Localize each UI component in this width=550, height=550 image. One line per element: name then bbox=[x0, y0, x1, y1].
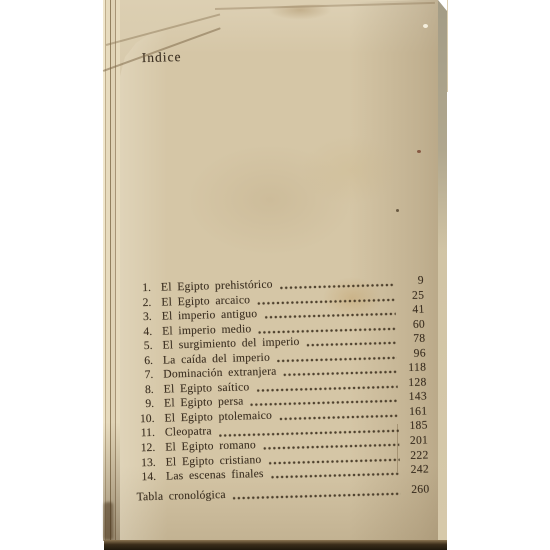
toc-item-number: 9. bbox=[139, 397, 154, 410]
toc-item-page: 222 bbox=[404, 448, 428, 462]
toc-item-number: 14. bbox=[141, 470, 156, 483]
toc-item-page: 96 bbox=[402, 346, 426, 360]
toc-item-page: 25 bbox=[400, 288, 424, 302]
toc-item-label: El imperio medio bbox=[162, 322, 252, 337]
printed-content: Indice 1.El Egipto prehistórico92.El Egi… bbox=[109, 0, 442, 542]
toc-item-label: El Egipto ptolemaico bbox=[164, 409, 272, 425]
toc-item-number: 7. bbox=[138, 368, 153, 381]
dotted-leader bbox=[307, 342, 397, 347]
toc-item-page: 143 bbox=[403, 390, 427, 404]
toc-item-page: 161 bbox=[403, 404, 427, 418]
toc-item-number: 8. bbox=[139, 383, 154, 396]
toc-item-number: 6. bbox=[138, 354, 153, 367]
toc-item-label: El Egipto prehistórico bbox=[161, 278, 273, 294]
toc-item-page: 242 bbox=[405, 463, 429, 477]
toc-item-number: 1. bbox=[136, 281, 151, 294]
page-title: Indice bbox=[142, 49, 182, 66]
toc-item-number: 13. bbox=[141, 455, 156, 468]
toc-item-number: 12. bbox=[140, 441, 155, 454]
toc-footer-page: 260 bbox=[405, 483, 429, 497]
toc-item-label: El Egipto arcaico bbox=[161, 293, 250, 308]
page-stack-left-edge bbox=[103, 0, 120, 541]
toc-item-number: 2. bbox=[136, 295, 151, 308]
toc-item-label: La caída del imperio bbox=[163, 350, 270, 366]
book-page: Indice 1.El Egipto prehistórico92.El Egi… bbox=[120, 0, 438, 541]
toc-item-number: 10. bbox=[139, 412, 154, 425]
book-bottom-edge bbox=[104, 540, 447, 550]
toc-item-number: 11. bbox=[140, 426, 155, 439]
toc-item-label: Cleopatra bbox=[165, 425, 212, 439]
toc-item-number: 3. bbox=[137, 310, 152, 323]
corner-notch bbox=[438, 0, 447, 11]
toc-item-label: El Egipto saítico bbox=[164, 380, 250, 395]
toc-item-page: 118 bbox=[402, 361, 426, 375]
toc-item-page: 185 bbox=[404, 419, 428, 433]
toc-footer-row: Tabla cronológica 260 bbox=[141, 483, 429, 505]
toc-item-label: El imperio antiguo bbox=[162, 307, 258, 323]
dotted-leader bbox=[271, 472, 400, 478]
toc-item-page: 9 bbox=[400, 274, 424, 288]
toc-item-label: El Egipto persa bbox=[164, 395, 244, 410]
toc-footer-label: Tabla cronológica bbox=[136, 488, 225, 503]
toc-item-page: 60 bbox=[401, 317, 425, 331]
toc-item-page: 201 bbox=[404, 434, 428, 448]
toc-list: 1.El Egipto prehistórico92.El Egipto arc… bbox=[136, 274, 430, 505]
scanned-book-photo: Indice 1.El Egipto prehistórico92.El Egi… bbox=[0, 0, 550, 550]
toc-item-page: 78 bbox=[401, 332, 425, 346]
toc-item-label: El Egipto cristiano bbox=[165, 453, 261, 469]
toc-item-page: 128 bbox=[402, 375, 426, 389]
toc-item-label: Las escenas finales bbox=[166, 467, 264, 483]
dotted-leader bbox=[233, 492, 401, 500]
toc-item-number: 5. bbox=[137, 339, 152, 352]
toc-item-page: 41 bbox=[400, 303, 424, 317]
toc-item-label: El Egipto romano bbox=[165, 438, 256, 453]
page-edge-stain bbox=[104, 502, 113, 540]
toc-item-label: Dominación extranjera bbox=[163, 365, 277, 381]
toc-item-number: 4. bbox=[137, 325, 152, 338]
